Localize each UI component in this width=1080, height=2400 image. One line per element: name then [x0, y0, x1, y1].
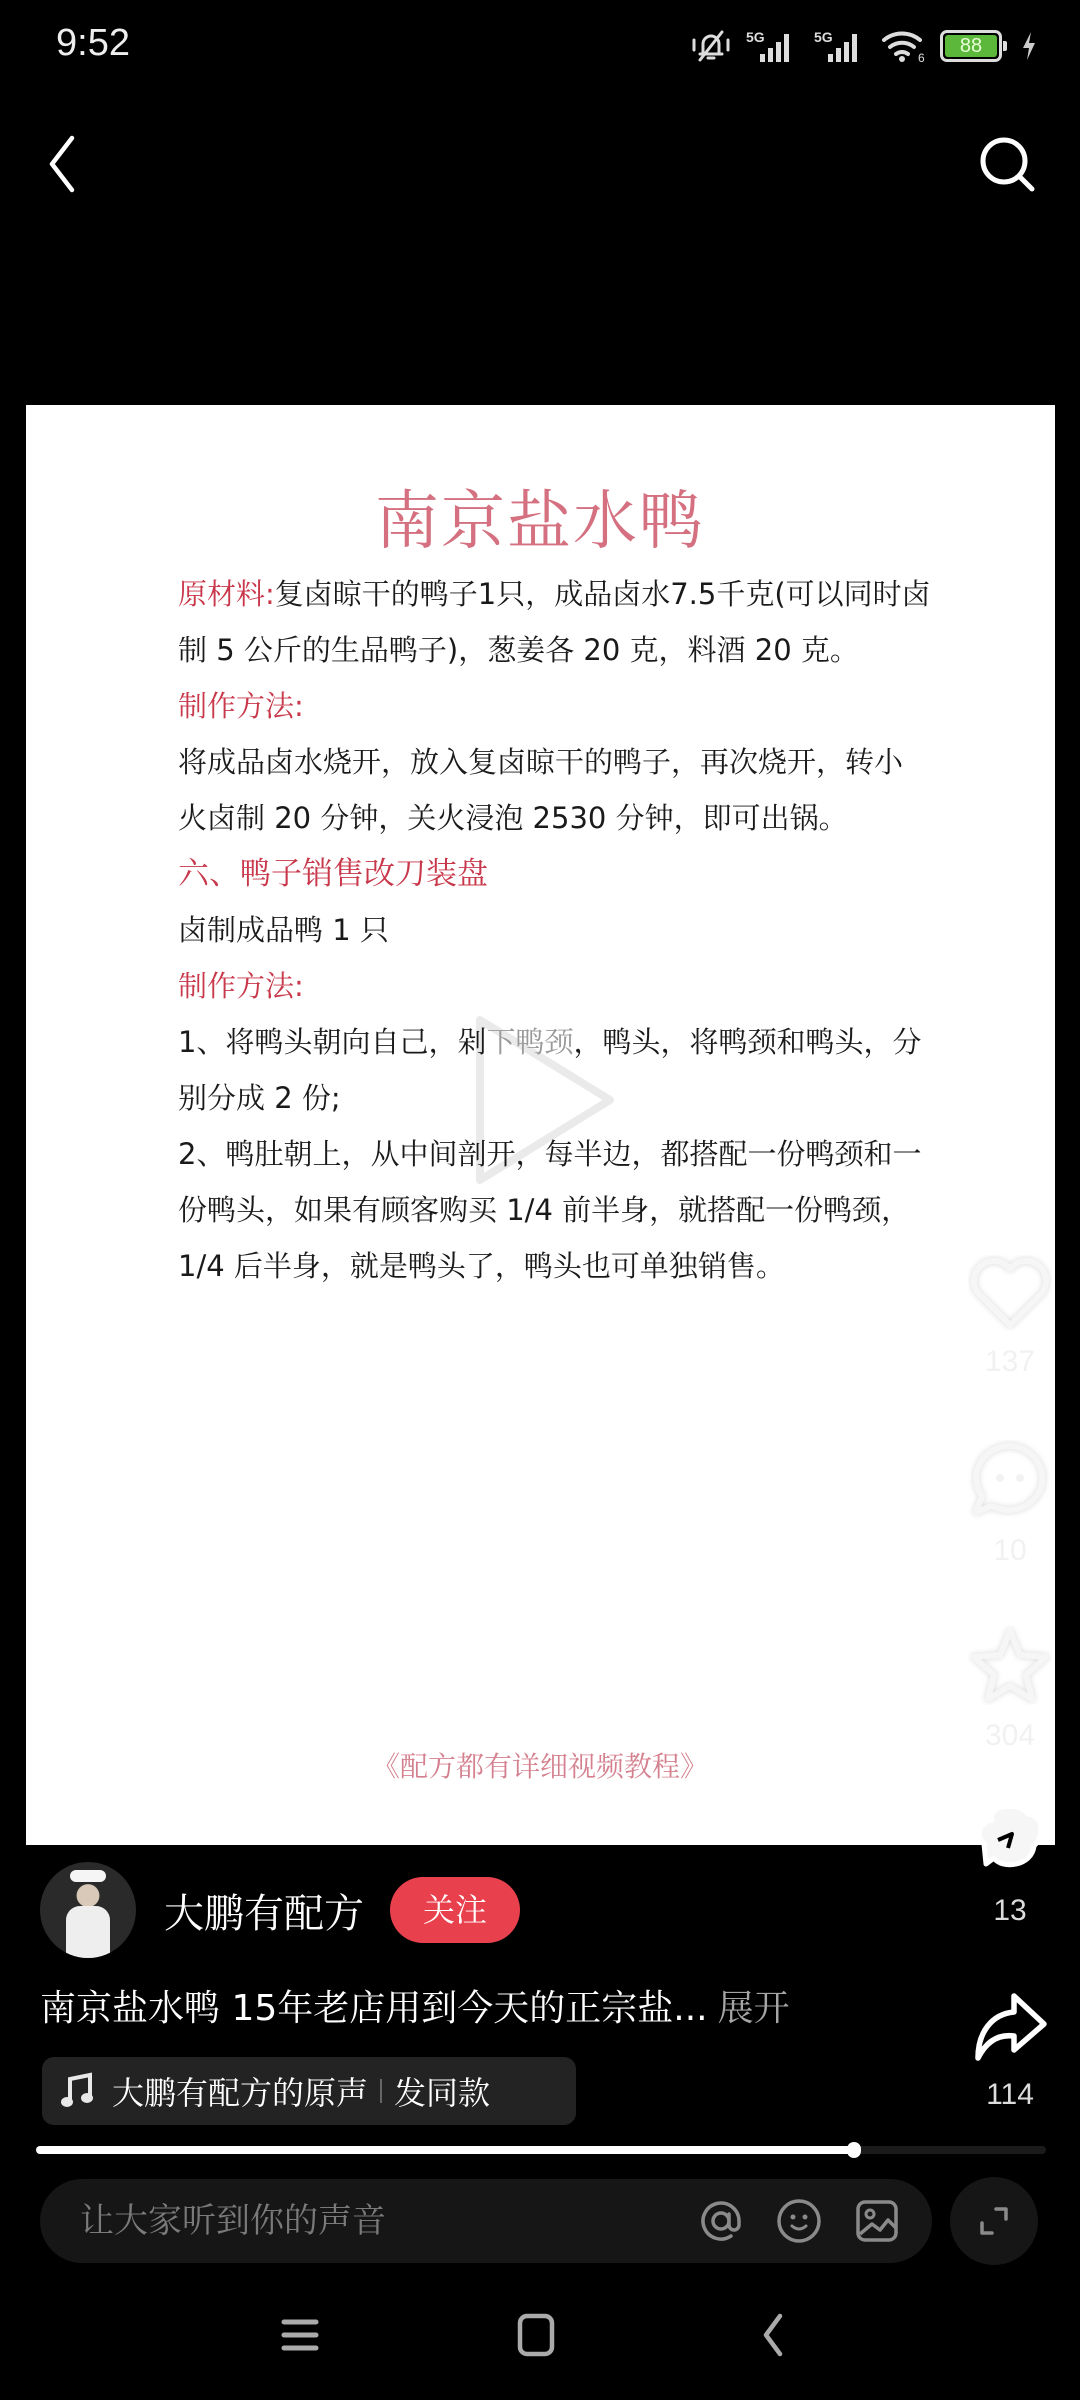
comment-count: 10: [950, 1534, 1070, 1568]
share-icon: [968, 1990, 1052, 2064]
svg-text:5G: 5G: [814, 29, 833, 45]
step-1-line-1: 1、将鸭头朝向自己，剁下鸭颈，鸭头，将鸭颈和鸭头，分: [178, 1014, 938, 1070]
progress-knob[interactable]: [847, 2142, 861, 2158]
chevron-left-icon: [42, 130, 92, 200]
home-button[interactable]: [512, 2310, 562, 2360]
section-ingredient: 卤制成品鸭 1 只: [178, 902, 938, 958]
ingredients-line-2: 制 5 公斤的生品鸭子)，葱姜各 20 克，料酒 20 克。: [178, 622, 938, 678]
follow-button[interactable]: 关注: [390, 1877, 520, 1943]
charging-icon: [1020, 30, 1038, 62]
at-mention-icon[interactable]: [696, 2196, 746, 2246]
recipe-footer: 《配方都有详细视频教程》: [0, 1745, 1080, 1785]
svg-text:6: 6: [918, 51, 925, 64]
favorite-count: 304: [950, 1719, 1070, 1753]
step-2-line-1: 2、鸭肚朝上，从中间剖开，每半边，都搭配一份鸭颈和一: [178, 1126, 938, 1182]
ingredients-line: 原材料:复卤晾干的鸭子1只，成品卤水7.5千克(可以同时卤: [178, 566, 938, 622]
music-note-icon: [58, 2071, 98, 2111]
expand-icon: [974, 2201, 1014, 2241]
back-button[interactable]: [42, 130, 92, 200]
share-count: 114: [950, 2078, 1070, 2112]
avatar[interactable]: [40, 1862, 136, 1958]
battery-level: 88: [945, 35, 997, 57]
divider: [380, 2079, 382, 2103]
method-line-1: 将成品卤水烧开，放入复卤晾干的鸭子，再次烧开，转小: [178, 734, 938, 790]
method-label: 制作方法:: [178, 678, 938, 734]
heart-icon: [968, 1255, 1052, 1331]
signal-5g-icon: 5G: [812, 28, 868, 64]
comment-icon: [968, 1440, 1052, 1520]
star-icon: [968, 1625, 1052, 1705]
battery-icon: 88: [940, 30, 1002, 62]
fullscreen-button[interactable]: [950, 2177, 1038, 2265]
method-label-2: 制作方法:: [178, 958, 938, 1014]
signal-5g-icon: 5G: [744, 28, 800, 64]
home-square-icon: [512, 2310, 562, 2360]
remix-button[interactable]: 13: [950, 1800, 1070, 1928]
recents-button[interactable]: [276, 2310, 326, 2360]
method-line-2: 火卤制 20 分钟，关火浸泡 2530 分钟，即可出锅。: [178, 790, 938, 846]
like-button[interactable]: 137: [950, 1255, 1070, 1379]
chevron-left-icon: [750, 2310, 800, 2360]
system-navigation-bar: [0, 2290, 1080, 2380]
step-2-line-2: 份鸭头，如果有顾客购买 1/4 前半身，就搭配一份鸭颈，: [178, 1182, 938, 1238]
step-2-line-3: 1/4 后半身，就是鸭头了，鸭头也可单独销售。: [178, 1238, 938, 1294]
author-row: 大鹏有配方 关注: [40, 1862, 520, 1958]
status-icons: 5G 5G 6 88: [690, 28, 1038, 64]
share-button[interactable]: 114: [950, 1990, 1070, 2112]
comment-bar: [40, 2179, 932, 2263]
emoji-icon[interactable]: [774, 2196, 824, 2246]
step-1-line-2: 别分成 2 份;: [178, 1070, 938, 1126]
recipe-title: 南京盐水鸭: [0, 470, 1080, 562]
status-bar: 9:52 5G 5G 6 88: [0, 0, 1080, 95]
favorite-button[interactable]: 304: [950, 1625, 1070, 1753]
music-pill[interactable]: 大鹏有配方的原声 发同款: [42, 2057, 576, 2125]
use-sound-button[interactable]: 发同款: [394, 2068, 490, 2114]
svg-text:5G: 5G: [746, 29, 765, 45]
recipe-body: 原材料:复卤晾干的鸭子1只，成品卤水7.5千克(可以同时卤 制 5 公斤的生品鸭…: [178, 566, 938, 1294]
remix-count: 13: [950, 1894, 1070, 1928]
like-count: 137: [950, 1345, 1070, 1379]
author-name[interactable]: 大鹏有配方: [164, 1882, 364, 1939]
search-icon: [976, 133, 1040, 197]
progress-fill: [36, 2146, 854, 2154]
menu-icon: [276, 2310, 326, 2360]
caption-text: 南京盐水鸭 15年老店用到今天的正宗盐...: [40, 1988, 708, 2029]
expand-caption-link[interactable]: 展开: [718, 1988, 790, 2029]
search-button[interactable]: [976, 133, 1040, 197]
video-progress-bar[interactable]: [36, 2146, 1046, 2154]
ingredients-label: 原材料:: [178, 577, 275, 611]
mute-vibrate-icon: [690, 28, 732, 64]
comment-input[interactable]: [80, 2201, 668, 2241]
wifi-icon: 6: [880, 28, 928, 64]
section-heading: 六、鸭子销售改刀装盘: [178, 846, 938, 902]
comment-button[interactable]: 10: [950, 1440, 1070, 1568]
system-back-button[interactable]: [750, 2310, 800, 2360]
image-icon[interactable]: [852, 2196, 902, 2246]
video-caption[interactable]: 南京盐水鸭 15年老店用到今天的正宗盐...展开: [40, 1980, 790, 2031]
music-title: 大鹏有配方的原声: [112, 2068, 368, 2114]
remix-icon: [968, 1800, 1052, 1880]
status-time: 9:52: [56, 22, 130, 65]
